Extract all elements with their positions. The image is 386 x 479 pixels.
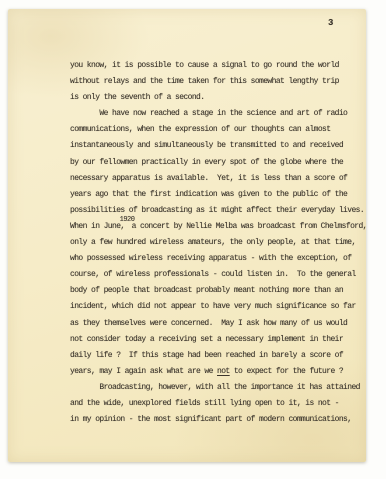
typed-segment: a concert by Nellie Melba was broadcast …	[132, 222, 367, 231]
typed-segment-insert-above: 1920	[120, 212, 127, 228]
typed-segment: in my opinion - the most significant par…	[70, 415, 351, 424]
typed-line: incident, which did not appear to have v…	[70, 299, 370, 315]
typed-segment: necessary apparatus is available. Yet, i…	[70, 174, 347, 183]
typed-segment-underline: not	[217, 367, 230, 376]
typed-segment: When in June,	[70, 222, 125, 231]
typed-line: instantaneously and simultaneously be tr…	[70, 138, 370, 154]
typed-segment: Broadcasting, however, with all the impo…	[70, 383, 360, 392]
typed-segment: is only the seventh of a second.	[70, 93, 204, 102]
typed-segment: not consider today a receiving set a nec…	[70, 335, 343, 344]
page-number: 3	[328, 18, 333, 28]
typed-line: communications, when the expression of o…	[70, 122, 370, 138]
typed-segment: years, may I again ask what are we	[70, 367, 217, 376]
typed-line: as they themselves were concerned. May I…	[70, 316, 370, 332]
typed-segment: to expect for the future ?	[230, 367, 343, 376]
typed-segment: possibilities of broadcasting as it migh…	[70, 206, 364, 215]
typed-segment: incident, which did not appear to have v…	[70, 302, 356, 311]
typed-line: course, of wireless professionals - coul…	[70, 267, 370, 283]
typed-segment: as they themselves were concerned. May I…	[70, 319, 347, 328]
document-text: you know, it is possible to cause a sign…	[70, 58, 370, 428]
typed-line: When in June,1920a concert by Nellie Mel…	[70, 219, 370, 235]
document-page: 3 you know, it is possible to cause a si…	[8, 9, 366, 462]
typed-line: in my opinion - the most significant par…	[70, 412, 370, 428]
typed-line: who possessed wireless receiving apparat…	[70, 251, 370, 267]
typed-segment: years ago that the first indication was …	[70, 190, 347, 199]
typed-line: We have now reached a stage in the scien…	[70, 106, 370, 122]
typed-line: Broadcasting, however, with all the impo…	[70, 380, 370, 396]
scanned-document: 3 you know, it is possible to cause a si…	[0, 0, 386, 479]
typed-line: only a few hundred wireless amateurs, th…	[70, 235, 370, 251]
typed-segment: without relays and the time taken for th…	[70, 77, 339, 86]
typed-line: you know, it is possible to cause a sign…	[70, 58, 370, 74]
typed-line: possibilities of broadcasting as it migh…	[70, 203, 370, 219]
typed-line: and the wide, unexplored fields still ly…	[70, 396, 370, 412]
typed-segment: instantaneously and simultaneously be tr…	[70, 141, 343, 150]
typed-segment: you know, it is possible to cause a sign…	[70, 61, 339, 70]
typed-segment: body of people that broadcast probably m…	[70, 286, 343, 295]
typed-line: not consider today a receiving set a nec…	[70, 332, 370, 348]
typed-segment: by our fellowmen practically in every sp…	[70, 158, 343, 167]
typed-line: years, may I again ask what are we not t…	[70, 364, 370, 380]
typed-segment: daily life ? If this stage had been reac…	[70, 351, 343, 360]
typed-line: daily life ? If this stage had been reac…	[70, 348, 370, 364]
typed-line: is only the seventh of a second.	[70, 90, 370, 106]
typed-segment: who possessed wireless receiving apparat…	[70, 254, 351, 263]
typed-line: years ago that the first indication was …	[70, 187, 370, 203]
typed-segment: course, of wireless professionals - coul…	[70, 270, 356, 279]
typed-line: by our fellowmen practically in every sp…	[70, 155, 370, 171]
typed-segment: only a few hundred wireless amateurs, th…	[70, 238, 356, 247]
typed-segment: and the wide, unexplored fields still ly…	[70, 399, 339, 408]
typed-line: body of people that broadcast probably m…	[70, 283, 370, 299]
typed-segment: We have now reached a stage in the scien…	[70, 109, 347, 118]
typed-line: necessary apparatus is available. Yet, i…	[70, 171, 370, 187]
typed-segment: communications, when the expression of o…	[70, 125, 330, 134]
typed-line: without relays and the time taken for th…	[70, 74, 370, 90]
